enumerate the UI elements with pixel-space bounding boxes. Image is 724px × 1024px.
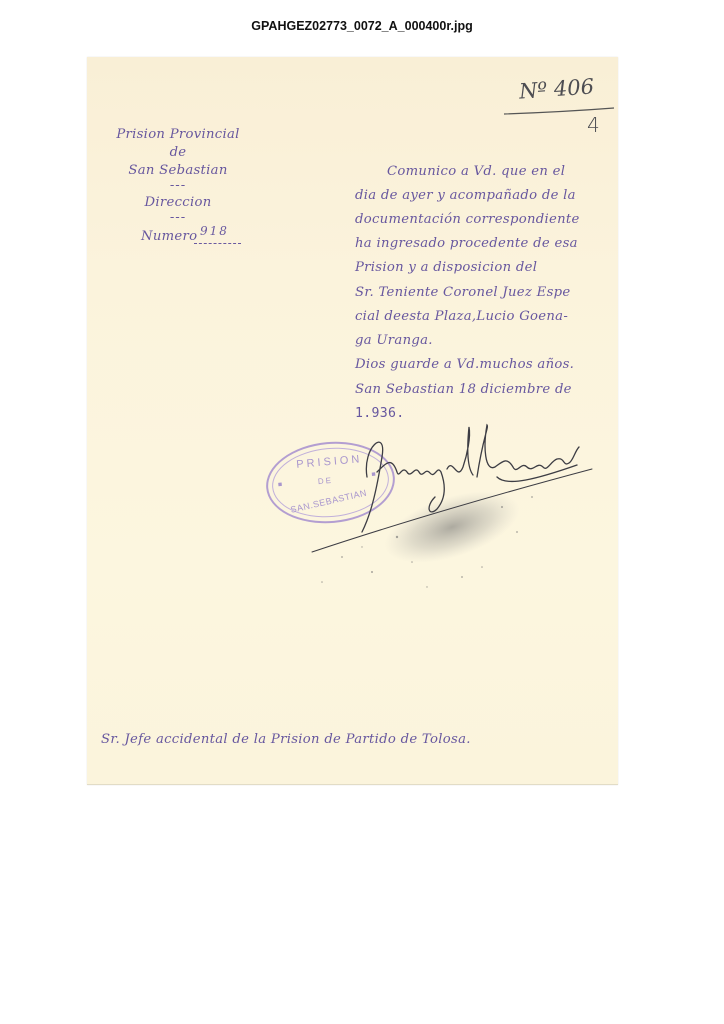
body-line-10: San Sebastian 18 diciembre de xyxy=(355,382,572,397)
registry-sub-number: 4 xyxy=(587,113,600,137)
body-line-9: Dios guarde a Vd.muchos años. xyxy=(355,357,574,372)
body-line-8: ga Uranga. xyxy=(355,333,433,348)
letterhead-separator-2: --- xyxy=(93,210,263,225)
letterhead-separator-1: --- xyxy=(93,178,263,193)
document-page: Nº 406 4 Prision Provincial de San Sebas… xyxy=(87,57,618,785)
letterhead-line-4: Direccion xyxy=(93,195,263,210)
letterhead-number-underline xyxy=(194,243,241,244)
body-line-1: Comunico a Vd. que en el xyxy=(387,164,565,179)
stamp-bullet-left: ■ xyxy=(278,481,285,489)
body-line-2: dia de ayer y acompañado de la xyxy=(355,188,576,203)
letterhead-line-1: Prision Provincial xyxy=(93,127,263,142)
paper-edge xyxy=(87,784,618,785)
registry-number: Nº 406 xyxy=(518,74,595,103)
signature xyxy=(307,417,597,557)
body-line-6: Sr. Teniente Coronel Juez Espe xyxy=(355,285,571,300)
letterhead-number-value: 918 xyxy=(200,224,229,238)
letterhead-line-3: San Sebastian xyxy=(93,163,263,178)
letterhead-line-2: de xyxy=(93,145,263,160)
addressee-line: Sr. Jefe accidental de la Prision de Par… xyxy=(101,732,471,747)
body-line-5: Prision y a disposicion del xyxy=(355,260,537,275)
body-line-3: documentación correspondiente xyxy=(355,212,580,227)
body-line-4: ha ingresado procedente de esa xyxy=(355,236,578,251)
image-filename: GPAHGEZ02773_0072_A_000400r.jpg xyxy=(0,19,724,33)
body-line-7: cial deesta Plaza,Lucio Goena- xyxy=(355,309,568,324)
registry-underline xyxy=(502,107,617,117)
letterhead-number-label: Numero xyxy=(141,229,197,244)
